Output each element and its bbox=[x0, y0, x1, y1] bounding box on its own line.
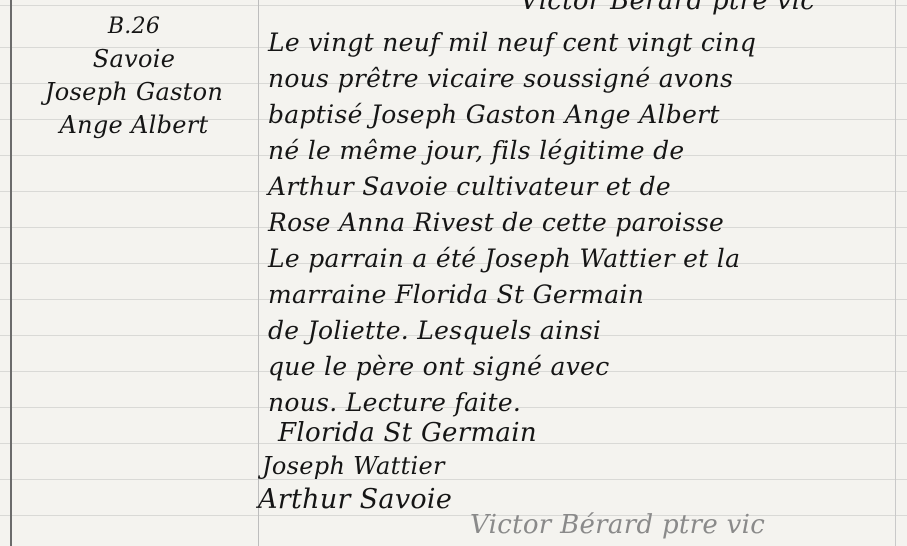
right-margin-rule bbox=[895, 0, 896, 546]
body-line-6: Rose Anna Rivest de cette paroisse bbox=[268, 208, 724, 237]
signature-godfather: Joseph Wattier bbox=[262, 452, 445, 480]
entry-number: B.26 bbox=[14, 10, 254, 43]
signature-father: Arthur Savoie bbox=[258, 484, 452, 515]
body-line-9: de Joliette. Lesquels ainsi bbox=[268, 316, 601, 345]
margin-annotation: B.26 Savoie Joseph Gaston Ange Albert bbox=[14, 10, 254, 142]
margin-divider bbox=[258, 0, 259, 546]
signature-godmother: Florida St Germain bbox=[278, 418, 537, 448]
margin-given-names-1: Joseph Gaston bbox=[14, 76, 254, 109]
body-line-4: né le même jour, fils légitime de bbox=[268, 136, 685, 165]
body-line-1: Le vingt neuf mil neuf cent vingt cinq bbox=[268, 28, 756, 57]
body-line-8: marraine Florida St Germain bbox=[268, 280, 644, 309]
body-line-2: nous prêtre vicaire soussigné avons bbox=[268, 64, 733, 93]
margin-given-names-2: Ange Albert bbox=[14, 109, 254, 142]
body-line-3: baptisé Joseph Gaston Ange Albert bbox=[268, 100, 720, 129]
margin-surname: Savoie bbox=[14, 43, 254, 76]
body-line-10: que le père ont signé avec bbox=[268, 352, 610, 381]
body-line-7: Le parrain a été Joseph Wattier et la bbox=[268, 244, 740, 273]
signature-priest: Victor Bérard ptre vic bbox=[470, 510, 765, 540]
left-margin-rule bbox=[10, 0, 12, 546]
body-line-11: nous. Lecture faite. bbox=[268, 388, 521, 417]
body-line-5: Arthur Savoie cultivateur et de bbox=[268, 172, 671, 201]
register-page: B.26 Savoie Joseph Gaston Ange Albert Vi… bbox=[0, 0, 907, 546]
header-signature-fragment: Victor Bérard ptre vic bbox=[520, 0, 815, 16]
